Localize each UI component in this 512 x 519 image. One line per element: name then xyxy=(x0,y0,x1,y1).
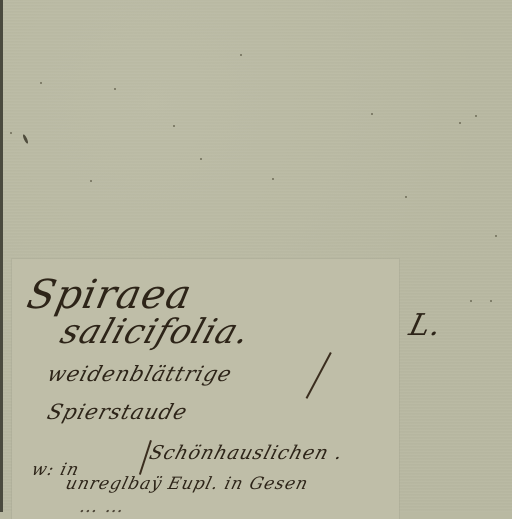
paper-speck xyxy=(90,180,92,182)
paper-speck xyxy=(240,54,242,56)
paper-speck xyxy=(459,122,461,124)
paper-speck xyxy=(495,235,497,237)
paper-speck xyxy=(114,88,116,90)
paper-speck xyxy=(475,115,477,117)
label-line: Spierstaude xyxy=(45,400,191,424)
label-species: salicifolia. xyxy=(56,312,256,352)
paper-speck xyxy=(490,300,492,302)
paper-speck xyxy=(40,82,42,84)
paper-speck xyxy=(10,132,12,134)
label-line: … … xyxy=(77,496,127,512)
herbarium-sheet: Spiraea salicifolia. L. weidenblättrige … xyxy=(0,0,512,512)
sheet-edge-line xyxy=(0,0,3,512)
paper-speck xyxy=(405,196,407,198)
paper-speck xyxy=(173,125,175,127)
paper-speck xyxy=(470,300,472,302)
paper-speck xyxy=(22,134,29,144)
label-line: Schönhauslichen . xyxy=(147,442,346,464)
label-author: L. xyxy=(406,308,446,343)
label-line: unreglbaÿ Eupl. in Gesen xyxy=(64,474,311,494)
label-line: weidenblättrige xyxy=(45,362,236,386)
paper-speck xyxy=(200,158,202,160)
paper-speck xyxy=(272,178,274,180)
paper-speck xyxy=(371,113,373,115)
